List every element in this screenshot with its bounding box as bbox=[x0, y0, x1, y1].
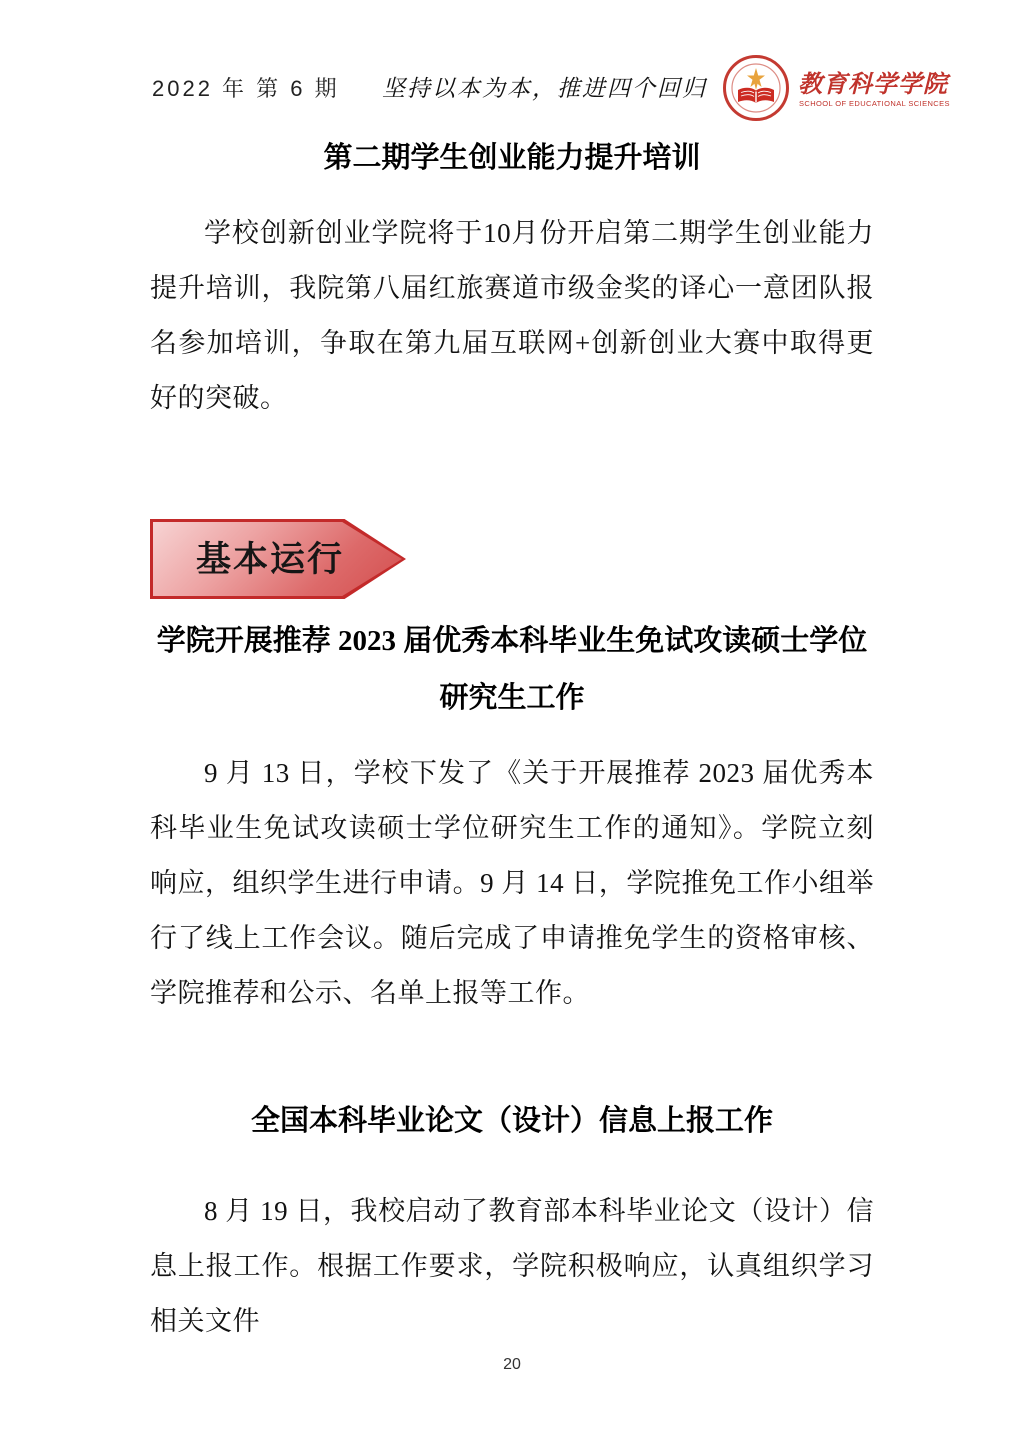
article3-body: 8 月 19 日，我校启动了教育部本科毕业论文（设计）信息上报工作。根据工作要求… bbox=[150, 1184, 874, 1349]
school-name-cn: 教育科学学院 bbox=[798, 64, 922, 99]
article2-body: 9 月 13 日，学校下发了《关于开展推荐 2023 届优秀本科毕业生免试攻读硕… bbox=[150, 746, 874, 1021]
article1-title: 第二期学生创业能力提升培训 bbox=[150, 130, 874, 187]
school-emblem-icon bbox=[722, 54, 790, 122]
article1-body: 学校创新创业学院将于10月份开启第二期学生创业能力提升培训，我院第八届红旅赛道市… bbox=[150, 206, 874, 426]
page-number: 20 bbox=[0, 1356, 1024, 1374]
school-logo: 教育科学学院 SCHOOL OF EDUCATIONAL SCIENCES bbox=[722, 52, 912, 130]
banner-label: 基本运行 bbox=[196, 532, 344, 582]
header-motto: 坚持以本为本，推进四个回归 bbox=[382, 70, 707, 103]
newsletter-page: 2022 年 第 6 期 坚持以本为本，推进四个回归 教育科学学院 SCHOOL… bbox=[0, 0, 1024, 1448]
article2-title: 学院开展推荐 2023 届优秀本科毕业生免试攻读硕士学位研究生工作 bbox=[150, 613, 874, 727]
section-banner: 基本运行 bbox=[150, 519, 406, 599]
school-name-en: SCHOOL OF EDUCATIONAL SCIENCES bbox=[799, 99, 929, 108]
article3-title: 全国本科毕业论文（设计）信息上报工作 bbox=[150, 1093, 874, 1150]
issue-label: 2022 年 第 6 期 bbox=[152, 72, 340, 103]
